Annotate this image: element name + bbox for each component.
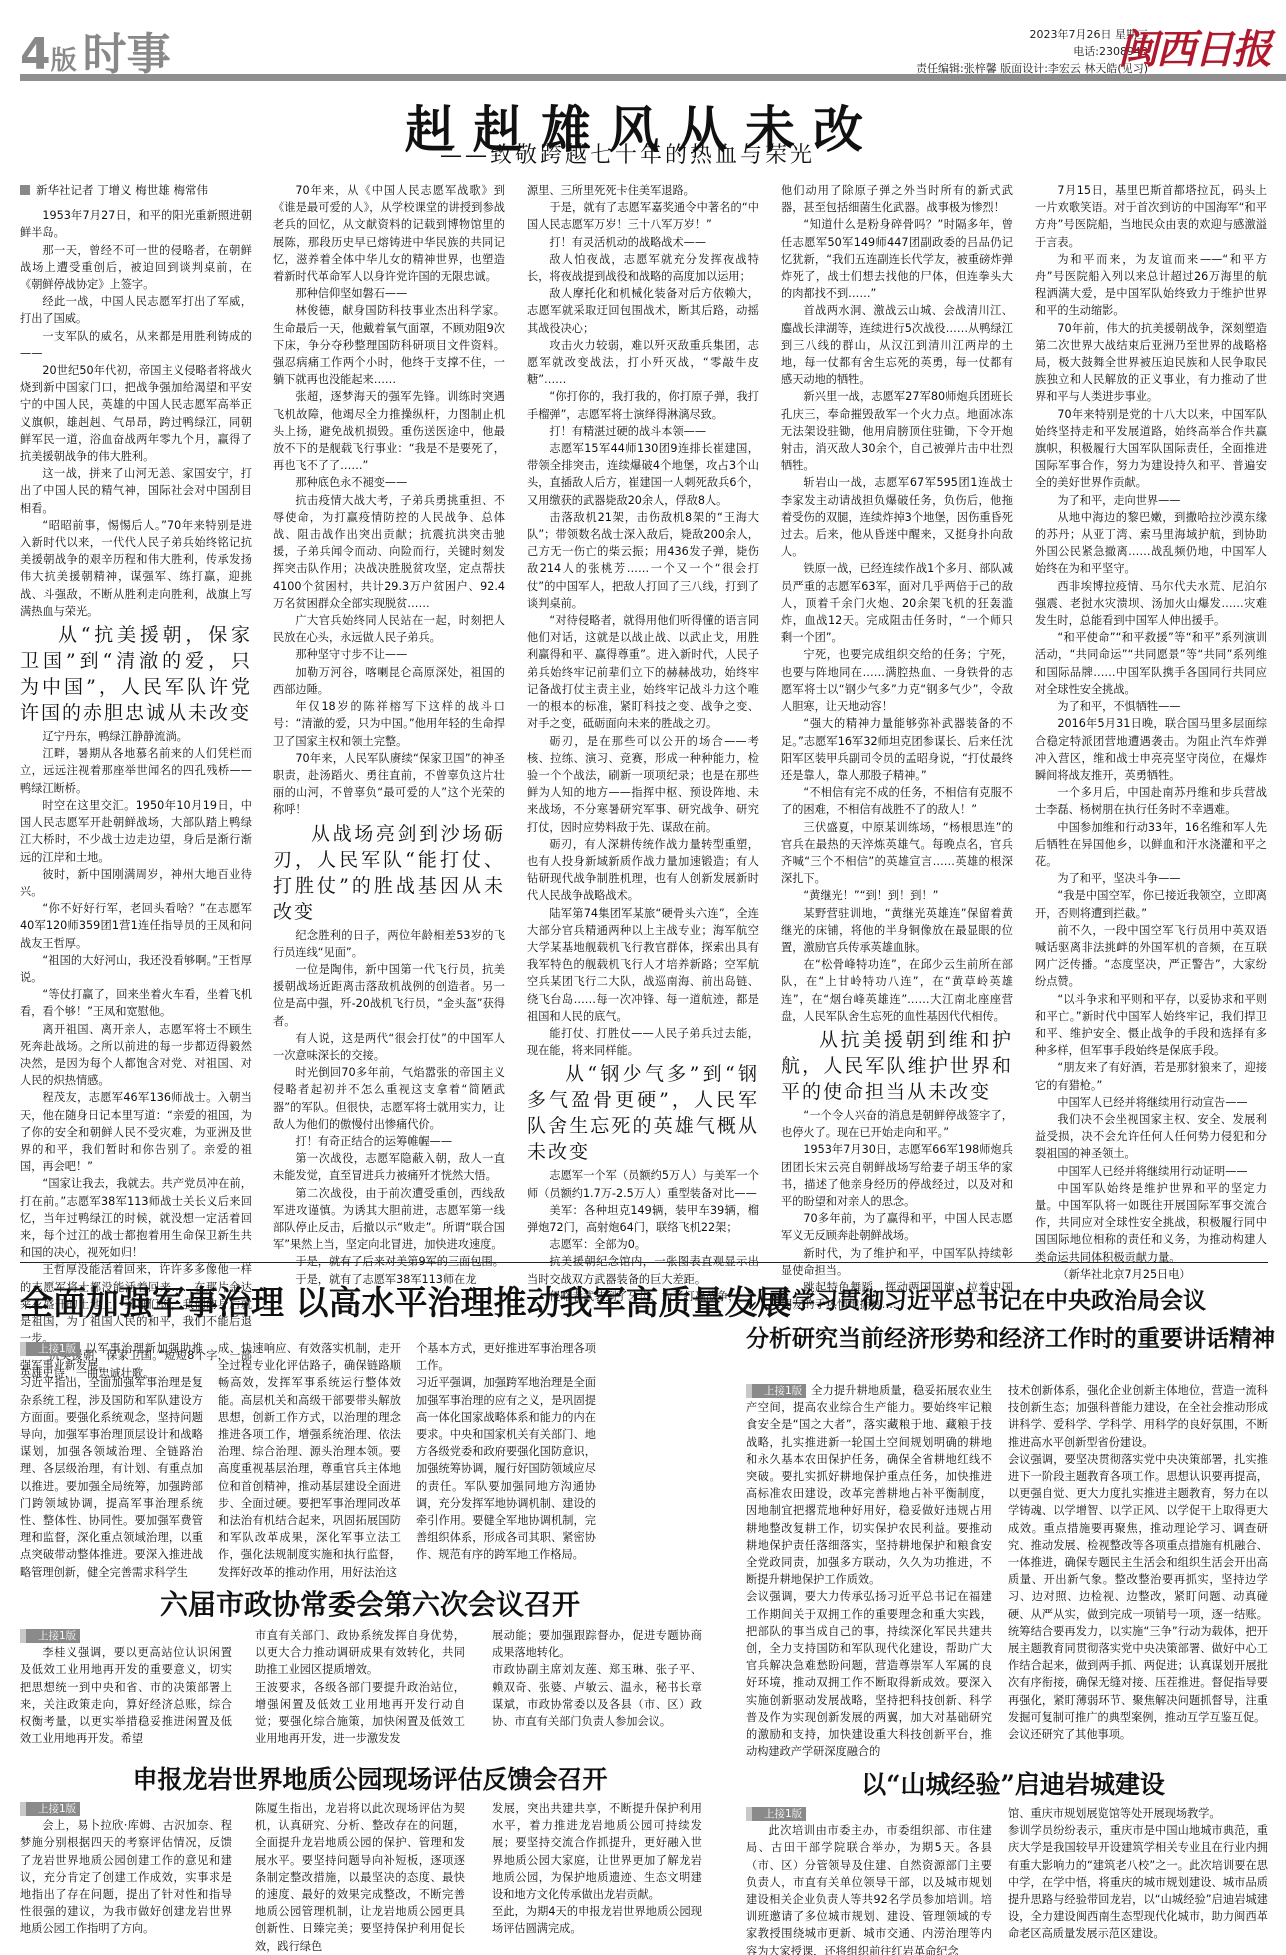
paragraph: “昭昭前事，惕惕后人。”70年来特别是进入新时代以来，一代代人民子弟兵始终铭记抗…	[20, 517, 252, 620]
paragraph: 三伏盛夏，中原某训练场，“杨根思连”的官兵在最热的天淬炼英雄气。每晚点名，官兵齐…	[781, 819, 1013, 888]
paragraph: 纪念胜利的日子，两位年龄相差53岁的飞行员连线“见面”。	[273, 927, 505, 961]
paragraph: 1953年7月30日，志愿军66军198师炮兵团团长宋云亮自朝鲜战场写给妻子胡玉…	[781, 1141, 1013, 1210]
paragraph: “你打你的，我打我的，你打原子弹，我打手榴弹”，志愿军将士演绎得淋漓尽致。	[527, 388, 759, 422]
paragraph: 源里、三所里死死卡住美军退路。	[527, 182, 759, 199]
paragraph: 为了和平，走向世界——	[1035, 492, 1267, 509]
paragraph: 离开祖国、离开亲人，志愿军将士不顾生死奔赴战场。之所以前进的每一步都迈得毅然决然…	[20, 1021, 252, 1090]
paragraph: 那种信仰坚如磐石——	[273, 285, 505, 302]
paragraph: 一支军队的威名，从来都是用胜利铸成的——	[20, 328, 252, 362]
paragraph: 第一次战役，志愿军隐蔽入朝，敌人一直未能发觉，直至冒进兵力被痛歼才恍然大悟。	[273, 1150, 505, 1184]
paragraph: 70年来，从《中国人民志愿军战歌》到《谁是最可爱的人》，从学校课堂的讲授到参战老…	[273, 182, 505, 285]
byline: 新华社记者 丁增义 梅世雄 梅常伟	[20, 182, 252, 199]
paragraph: “不相信有完不成的任务，不相信有克服不了的困难，不相信有战胜不了的敌人！”	[781, 784, 1013, 818]
paragraph: 我们决不会坐视国家主权、安全、发展利益受损，决不会允许任何人任何势力侵犯和分裂祖…	[1035, 1111, 1267, 1163]
paragraph: 这一战，拼来了山河无恙、家国安宁，打出了中国人民的精气神，国际社会对中国刮目相看…	[20, 465, 252, 517]
paragraph: “你不好好行军，老回头看啥？”在志愿军40军120师359团1营1连任指导员的王…	[20, 900, 252, 952]
cppcc-headline: 六届市政协常委会第六次会议召开	[20, 1583, 720, 1623]
geopark-column-2: 陈厦生指出，龙岩将以此次现场评估为契机，认真研究、分析、整改存在的问题，全面提升…	[255, 1800, 465, 1955]
paragraph: 程茂友，志愿军46军136师战士。入朝当天，他在随身日记本里写道：“亲爱的祖国，…	[20, 1089, 252, 1175]
paragraph: 砺刃，有人深耕传统作战力量转型重塑，也有人投身新域新质作战力量加速锻造；有人钻研…	[527, 836, 759, 905]
paragraph: 那一天，曾经不可一世的侵略者，在朝鲜战场上遭受重创后，被迫回到谈判桌前，在《朝鲜…	[20, 242, 252, 294]
continued-tag: 上接1版	[20, 1629, 80, 1643]
lead-column-5: 7月15日，基里巴斯首都塔拉瓦，码头上一片欢歌笑语。对于首次到访的中国海军“和平…	[1035, 182, 1267, 1283]
paragraph: 时光倒回70多年前，气焰嚣张的帝国主义侵略者起初并不怎么重视这支拿着“简陋武器”…	[273, 1064, 505, 1133]
paragraph: “黄继光！”“到！到！到！”	[781, 887, 1013, 904]
paragraph: 为和平而来，为友谊而来——“和平方舟”号医院船入列以来总计超过26万海里的航程洒…	[1035, 251, 1267, 320]
cppcc-column-2: 市直有关部门、政协系统发挥自身优势，以更大合力推动调研成果有效转化，共同助推工业…	[255, 1627, 465, 1747]
paragraph: 经此一战，中国人民志愿军打出了军威，打出了国威。	[20, 293, 252, 327]
paragraph: 20世纪50年代初，帝国主义侵略者将战火烧到新中国家门口，把战争强加给渴望和平安…	[20, 362, 252, 465]
paragraph: 打！有精湛过硬的战斗本领——	[527, 423, 759, 440]
ban-label: 版	[51, 46, 77, 76]
cppcc-column-3: 展动能；要加强跟踪督办，促进专题协商成果落地转化。 市政协副主席刘友莲、郑玉琳、…	[492, 1627, 702, 1730]
geopark-headline: 申报龙岩世界地质公园现场评估反馈会召开	[20, 1760, 720, 1796]
paragraph: 中国军队始终是维护世界和平的坚定力量。中国军队将一如既往开展国际军事交流合作，共…	[1035, 1180, 1267, 1266]
mountain-city-column-2: 馆、重庆市规划展览馆等处开展现场教学。 参训学员纷纷表示，重庆市是中国山地城市典…	[1008, 1805, 1268, 1943]
paragraph: 时空在这里交汇。1950年10月19日，中国人民志愿军开赴朝鲜战场，大部队踏上鸭…	[20, 797, 252, 866]
section-subheading: 从战场亮剑到沙场砺刃，人民军队“能打仗、打胜仗”的胜战基因从未改变	[273, 821, 505, 925]
paragraph: 志愿军一个军（员额约5万人）与美军一个师（员额约1.7万-2.5万人）重型装备对…	[527, 1167, 759, 1201]
politburo-study-column-2: 技术创新体系，强化企业创新主体地位，营造一流科技创新生态；加强科普能力建设，在全…	[1008, 1382, 1268, 1743]
paragraph: “知道什么是粉身碎骨吗？”时隔多年，曾任志愿军50军149师447团副政委的吕品…	[781, 216, 1013, 302]
paragraph: 第二次战役，由于前次遭受重创，西线敌军进攻谨慎。为诱其大胆前进，志愿军第一线部队…	[273, 1185, 505, 1254]
paragraph: 敌人摩托化和机械化装备对后方依赖大，志愿军就采取迂回包围战术，断其后路，动摇其战…	[527, 285, 759, 337]
paragraph: 敌人怕夜战，志愿军就充分发挥夜战特长，将夜战提到战役和战略的高度加以运用；	[527, 251, 759, 285]
paragraph: 某野营驻训地，“黄继光英雄连”保留着黄继光的床铺，将他的半身铜像放在最显眼的位置…	[781, 905, 1013, 957]
military-governance-headline: 全面加强军事治理 以高水平治理推动我军高质量发展	[20, 1277, 791, 1324]
paragraph: 辽宁丹东，鸭绿江静静流淌。	[20, 728, 252, 745]
paragraph: 首战两水洞、激战云山城、会战清川江、鏖战长津湖等，连续进行5次战役……从鸭绿江到…	[781, 302, 1013, 388]
lead-column-4: 他们动用了除原子弹之外当时所有的新式武器，甚至包括细菌生化武器。战事极为惨烈！“…	[781, 182, 1013, 1313]
paragraph: “以斗争求和平则和平存，以妥协求和平则和平亡。”新时代中国军人始终牢记，我们捍卫…	[1035, 991, 1267, 1060]
paragraph: 70年来，人民军队赓续“保家卫国”的神圣职责，赴汤蹈火、勇往直前，不曾辜负这片壮…	[273, 750, 505, 819]
section-subheading: 从抗美援朝到维和护航，人民军队维护世界和平的使命担当从未改变	[781, 1027, 1013, 1105]
paragraph: 能打仗、打胜仗——人民子弟兵过去能，现在能，将来同样能。	[527, 1025, 759, 1059]
paragraph: 为了和平，坚决斗争——	[1035, 870, 1267, 887]
paragraph: 抗击疫情大战大考，子弟兵勇挑重担、不辱使命，为打赢疫情防控的人民战争、总体战、阻…	[273, 492, 505, 612]
paragraph: 为了和平，不惧牺牲——	[1035, 698, 1267, 715]
paragraph: “朋友来了有好酒，若是那豺狼来了，迎接它的有猎枪。”	[1035, 1059, 1267, 1093]
paragraph: 打！有灵活机动的战略战术——	[527, 234, 759, 251]
politburo-study-headline-line-1: 认真学习贯彻习近平总书记在中央政治局会议	[746, 1282, 1206, 1315]
paragraph: “对待侵略者，就得用他们听得懂的语言同他们对话，这就是以战止战、以武止戈，用胜利…	[527, 612, 759, 732]
paragraph: 于是，就有了志愿军嘉奖通令中著名的“中国人民志愿军万岁！三十八军万岁！”	[527, 199, 759, 233]
issue-date: 2023年7月26日 星期三	[916, 26, 1148, 43]
paragraph: 陆军第74集团军某旅“硬骨头六连”，全连大部分官兵精通两种以上主战专业；海军航空…	[527, 905, 759, 1025]
paragraph: 在“松骨峰特功连”，在邱少云生前所在部队，在“上甘岭特功八连”，在“黄草岭英雄连…	[781, 956, 1013, 1025]
paragraph: 一个多月后，中国赴南苏丹维和步兵营战士李磊、杨树朋在执行任务时不幸遇难。	[1035, 784, 1267, 818]
paragraph: “一个令人兴奋的消息是朝鲜停战签字了，也停火了。现在已开始走向和平。”	[781, 1107, 1013, 1141]
paragraph: 那种坚守寸步不让——	[273, 646, 505, 663]
lead-column-1: 新华社记者 丁增义 梅世雄 梅常伟 1953年7月27日，和平的阳光重新照进朝鲜…	[20, 182, 252, 1382]
paragraph: 加勒万河谷，喀喇昆仑高原深处，祖国的西部边陲。	[273, 664, 505, 698]
paragraph: 2016年5月31日晚，联合国马里多层面综合稳定特派团营地遭遇袭击。为阻止汽车炸…	[1035, 715, 1267, 784]
paragraph: 70年前，伟大的抗美援朝战争，深刻塑造第二次世界大战结束后亚洲乃至世界的战略格局…	[1035, 320, 1267, 406]
paragraph: 他们动用了除原子弹之外当时所有的新式武器，甚至包括细菌生化武器。战事极为惨烈！	[781, 182, 1013, 216]
paragraph: 林俊德，献身国防科技事业杰出科学家。生命最后一天，他戴着氧气面罩，不顾劝阻9次下…	[273, 302, 505, 388]
masthead-rule	[20, 74, 1286, 81]
paragraph: 击落敌机21架，击伤敌机8架的“王海大队”；带领数名战士深入敌后，毙敌200余人…	[527, 509, 759, 612]
paragraph: 那种底色永不褪变——	[273, 474, 505, 491]
paragraph: 一位是陶伟，新中国第一代飞行员，抗美援朝战场近距离击落敌机战例的创造者。另一位是…	[273, 961, 505, 1030]
paragraph: 有人说，这是两代“很会打仗”的中国军人一次意味深长的交接。	[273, 1030, 505, 1064]
paragraph: 西非埃博拉疫情、马尔代夫水荒、尼泊尔强震、老挝水灾溃坝、汤加火山爆发……灾难发生…	[1035, 578, 1267, 630]
paragraph: “强大的精神力量能够弥补武器装备的不足。”志愿军16军32师坦克团参谋长、后来任…	[781, 715, 1013, 784]
continued-tag: 上接1版	[746, 1384, 806, 1398]
page-number: 4	[20, 29, 51, 80]
paragraph: （新华社北京7月25日电）	[1035, 1266, 1267, 1283]
paragraph: 铁原一战，已经连续作战1个多月、部队减员严重的志愿军63军，面对几乎两倍于己的敌…	[781, 560, 1013, 646]
paragraph: “祖国的大好河山，我还没看够啊。”王哲厚说。	[20, 952, 252, 986]
masthead-meta: 2023年7月26日 星期三 电话:2308943 责任编辑:张梓馨 版面设计:…	[916, 26, 1148, 77]
paragraph: 前不久，一段中国空军飞行员用中英双语喊话驱离非法挑衅的外国军机的音频，在互联网广…	[1035, 922, 1267, 991]
paragraph: 1953年7月27日，和平的阳光重新照进朝鲜半岛。	[20, 207, 252, 241]
paragraph: 中国参加维和行动33年，16名维和军人先后牺牲在异国他乡，以鲜血和汗水浇灌和平之…	[1035, 819, 1267, 871]
politburo-study-headline-line-2: 分析研究当前经济形势和经济工作时的重要讲话精神	[746, 1320, 1275, 1353]
paragraph: 彼时，新中国刚满周岁，神州大地百业待兴。	[20, 866, 252, 900]
military-governance-column-1: 上接1版以军事治理新加强助推强军事业新发展。 习近平指出，全面加强军事治理是复杂…	[20, 1340, 203, 1581]
paragraph: 70多年前，为了赢得和平，中国人民志愿军义无反顾奔赴朝鲜战场。	[781, 1210, 1013, 1244]
paragraph: 新兴里一战，志愿军27军80师炮兵团班长孔庆三，奉命摧毁敌军一个火力点。地面冰冻…	[781, 388, 1013, 474]
paragraph: “和平使命”“和平救援”等“和平”系列演训活动，“共同命运”“共同愿景”等“共同…	[1035, 629, 1267, 698]
paragraph: 砺刃，是在那些可以公开的场合——考核、拉练、演习、竞赛，形成一种种能力，检验一个…	[527, 733, 759, 836]
mountain-city-column-1: 上接1版 此次培训由市委主办，市委组织部、市住建局、古田干部学院联合举办，为期5…	[746, 1805, 992, 1955]
paragraph: 70年来特别是党的十八大以来，中国军队始终坚持走和平发展道路，始终高举合作共赢旗…	[1035, 406, 1267, 492]
masthead: 4版时事 2023年7月26日 星期三 电话:2308943 责任编辑:张梓馨 …	[20, 18, 1270, 78]
paragraph: 斩岩山一战，志愿军67军595团1连战士李家发主动请战担负爆破任务，负伤后，他拖…	[781, 474, 1013, 560]
military-governance-column-2: 成、快速响应、有效落实机制，走开全过程专业化评估路子，确保链路顺畅高效，发挥军事…	[218, 1340, 401, 1581]
mountain-city-headline: 以“山城经验”启迪岩城建设	[740, 1765, 1286, 1801]
section-divider	[20, 1262, 1268, 1263]
paragraph: 从地中海边的黎巴嫩，到撒哈拉沙漠东缘的苏丹；从亚丁湾、索马里海域护航，到协助外国…	[1035, 509, 1267, 578]
paragraph: “等仗打赢了，回来坐着火车看，坐着飞机看，看个够！”王凤和宽慰他。	[20, 986, 252, 1020]
paragraph: 江畔，暑期从各地慕名前来的人们凭栏而立，远远注视着那座举世闻名的四孔残桥——鸭绿…	[20, 745, 252, 797]
byline-square-icon	[20, 185, 30, 195]
paragraph: 美军：各种坦克149辆，装甲车39辆，榴弹炮72门，高射炮64门，联络飞机22架…	[527, 1202, 759, 1236]
paragraph: 中国军人已经并将继续用行动宣告——	[1035, 1094, 1267, 1111]
paragraph: 志愿军15军44师130团9连排长崔建国，带领全排突击，连续爆破4个地堡，攻占3…	[527, 440, 759, 509]
politburo-study-column-1: 上接1版全力提升耕地质量，稳妥拓展农业生产空间，提高农业综合生产能力。要始终牢记…	[746, 1382, 992, 1760]
military-governance-column-3: 个基本方式，更好推进军事治理各项工作。 习近平强调，加强跨军地治理是全面加强军事…	[416, 1340, 596, 1564]
paragraph: 宁死，也要完成组织交给的任务；宁死，也要与阵地同在……满腔热血、一身铁骨的志愿军…	[781, 646, 1013, 715]
paragraph: “我是中国空军，你已接近我领空，立即离开，否则将遭到拦截。”	[1035, 887, 1267, 921]
paragraph: 志愿军：全部为0。	[527, 1236, 759, 1253]
newspaper-logo: 闽西日报	[1118, 18, 1270, 75]
paragraph: 打！有奇正结合的运筹帷幄——	[273, 1133, 505, 1150]
paragraph: 中国军人已经并将继续用行动证明——	[1035, 1163, 1267, 1180]
paragraph: 张超，逐梦海天的强军先锋。训练时突遇飞机故障，他竭尽全力推操纵杆，力图制止机头上…	[273, 388, 505, 474]
section-subheading: 从“钢少气多”到“钢多气盈骨更硬”，人民军队舍生忘死的英雄气概从未改变	[527, 1061, 759, 1165]
geopark-column-1: 上接1版 会上，易卜拉欣·库姆、古沢加奈、程梦施分别根据四天的考察评估情况，反馈…	[20, 1800, 232, 1938]
geopark-column-3: 发展，突出共建共享，不断提升保护利用水平，着力推进龙岩地质公园可持续发展；要坚持…	[492, 1800, 702, 1938]
continued-tag: 上接1版	[20, 1342, 80, 1356]
section-label: 4版时事	[20, 18, 171, 82]
phone-number: 电话:2308943	[916, 43, 1148, 60]
section-subheading: 从“抗美援朝，保家卫国”到“清澈的爱，只为中国”，人民军队许党许国的赤胆忠诚从未…	[20, 622, 252, 726]
lead-column-3: 源里、三所里死死卡住美军退路。于是，就有了志愿军嘉奖通令中著名的“中国人民志愿军…	[527, 182, 759, 1305]
paragraph: 广大官兵始终同人民站在一起，时刻把人民放在心头，永远做人民子弟兵。	[273, 612, 505, 646]
section-name: 时事	[83, 29, 171, 80]
continued-tag: 上接1版	[20, 1802, 80, 1816]
paragraph: 攻击火力较弱，难以歼灭敌重兵集团，志愿军就改变战法，打小歼灭战，“零敲牛皮糖”……	[527, 337, 759, 389]
lead-column-2: 70年来，从《中国人民志愿军战歌》到《谁是最可爱的人》，从学校课堂的讲授到参战老…	[273, 182, 505, 1288]
paragraph: 7月15日，基里巴斯首都塔拉瓦，码头上一片欢歌笑语。对于首次到访的中国海军“和平…	[1035, 182, 1267, 251]
paragraph: “国家让我去，我就去。共产党员冲在前，打在前。”志愿军38军113师战士关长义后…	[20, 1175, 252, 1261]
lead-subheadline: ——致敬跨越七十年的热血与荣光	[440, 138, 815, 169]
paragraph: 年仅18岁的陈祥榕写下这样的战斗口号：“清澈的爱，只为中国。”他用年轻的生命捍卫…	[273, 698, 505, 750]
continued-tag: 上接1版	[746, 1807, 806, 1821]
cppcc-column-1: 上接1版 李桂义强调，要以更高站位认识闲置及低效工业用地再开发的重要意义，切实把…	[20, 1627, 232, 1747]
